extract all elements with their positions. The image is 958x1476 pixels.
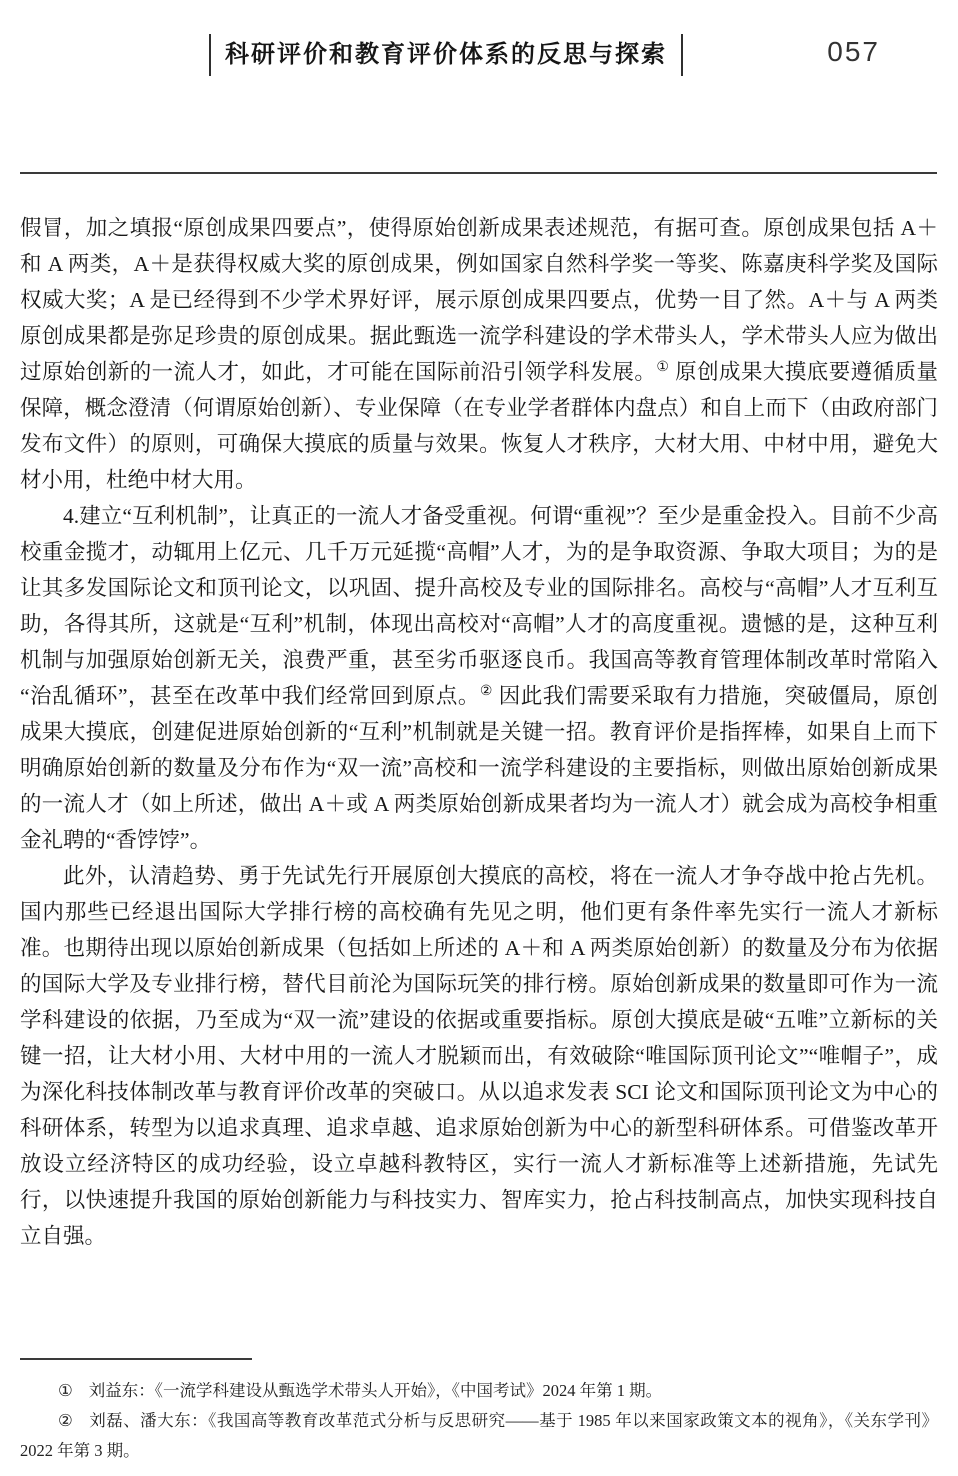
paragraph-2: 4.建立“互利机制”，让真正的一流人才备受重视。何谓“重视”？至少是重金投入。目…: [20, 498, 938, 858]
paragraph-1: 假冒，加之填报“原创成果四要点”，使得原始创新成果表述规范，有据可查。原创成果包…: [20, 210, 938, 498]
paragraph-3-text: 此外，认清趋势、勇于先试先行开展原创大摸底的高校，将在一流人才争夺战中抢占先机。…: [20, 864, 938, 1248]
footnotes: ①刘益东：《一流学科建设从甄选学术带头人开始》，《中国考试》2024 年第 1 …: [20, 1376, 938, 1466]
paragraph-2-text: 4.建立“互利机制”，让真正的一流人才备受重视。何谓“重视”？至少是重金投入。目…: [20, 504, 938, 708]
footnote-1-text: 刘益东：《一流学科建设从甄选学术带头人开始》，《中国考试》2024 年第 1 期…: [89, 1381, 662, 1400]
footnote-2: ②刘磊、潘大东：《我国高等教育改革范式分析与反思研究——基于 1985 年以来国…: [20, 1406, 938, 1466]
title-divider-right: [681, 34, 683, 76]
paragraph-1-text: 假冒，加之填报“原创成果四要点”，使得原始创新成果表述规范，有据可查。原创成果包…: [20, 216, 938, 384]
footnote-2-text: 刘磊、潘大东：《我国高等教育改革范式分析与反思研究——基于 1985 年以来国家…: [20, 1411, 938, 1460]
footnote-rule: [20, 1358, 252, 1360]
running-head: 科研评价和教育评价体系的反思与探索 057: [0, 30, 958, 86]
footnote-1-marker: ①: [58, 1381, 73, 1400]
paragraph-3: 此外，认清趋势、勇于先试先行开展原创大摸底的高校，将在一流人才争夺战中抢占先机。…: [20, 858, 938, 1254]
paragraph-2-text-continued: 因此我们需要采取有力措施，突破僵局，原创成果大摸底，创建促进原始创新的“互利”机…: [20, 684, 938, 852]
book-page: 科研评价和教育评价体系的反思与探索 057 假冒，加之填报“原创成果四要点”，使…: [0, 0, 958, 1476]
page-number: 057: [827, 36, 880, 68]
footnote-2-marker: ②: [58, 1411, 73, 1430]
running-head-title-group: 科研评价和教育评价体系的反思与探索: [209, 34, 683, 76]
footnote-ref-2: ②: [480, 684, 493, 699]
footnote-1: ①刘益东：《一流学科建设从甄选学术带头人开始》，《中国考试》2024 年第 1 …: [20, 1376, 938, 1406]
chapter-title: 科研评价和教育评价体系的反思与探索: [211, 34, 681, 76]
footnote-ref-1: ①: [656, 360, 669, 375]
header-rule: [20, 172, 937, 174]
body-text: 假冒，加之填报“原创成果四要点”，使得原始创新成果表述规范，有据可查。原创成果包…: [20, 210, 938, 1254]
